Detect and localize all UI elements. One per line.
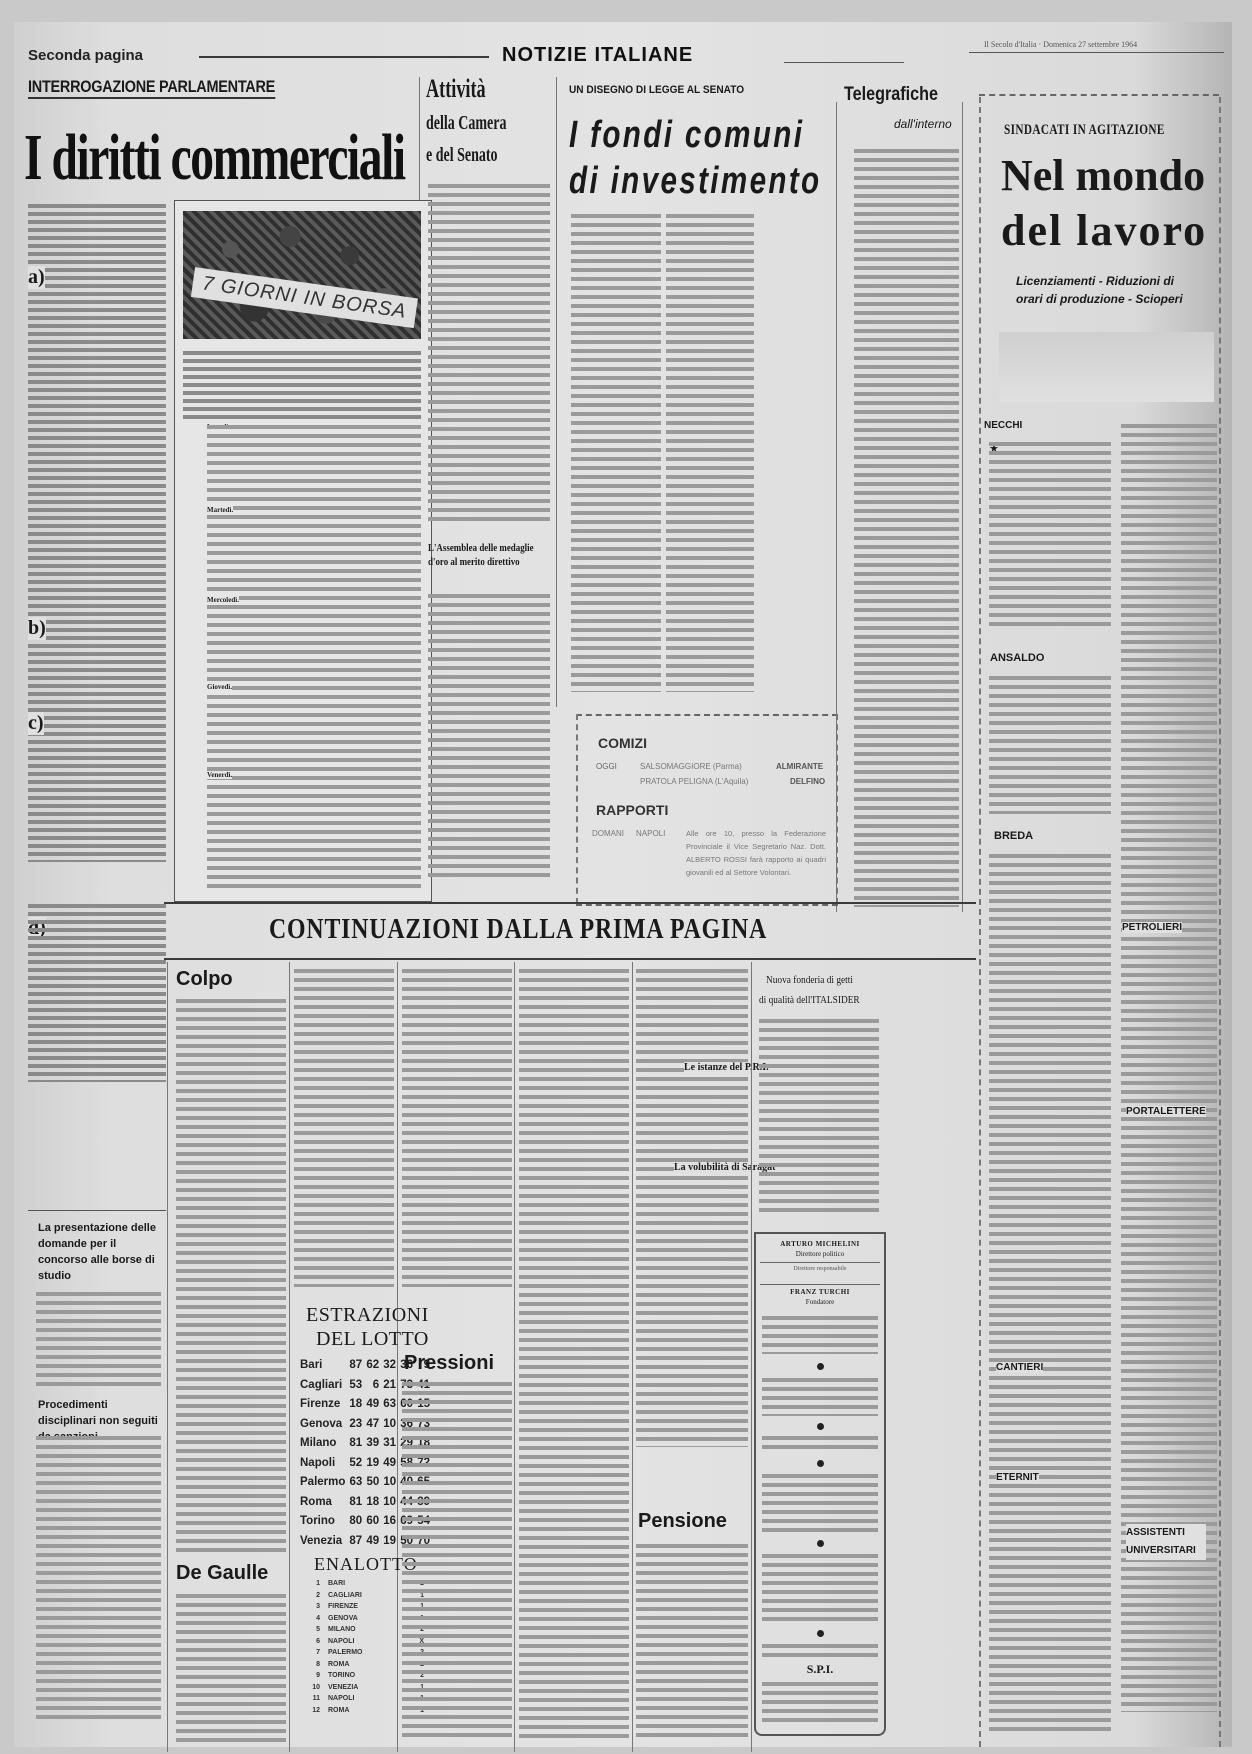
lotto-number: 18	[362, 1493, 379, 1513]
comizi-title: COMIZI	[598, 735, 647, 751]
lotto-number: 62	[362, 1356, 379, 1376]
colophon-text	[762, 1376, 878, 1416]
cont-body	[294, 967, 394, 1287]
enalotto-city: NAPOLI	[328, 1636, 412, 1648]
telegrafiche-subtitle: dall'interno	[894, 117, 952, 131]
enalotto-city: CAGLIARI	[328, 1590, 412, 1602]
cont-headline-colpo: Colpo	[176, 968, 233, 991]
lavoro-photo-strip	[999, 332, 1214, 402]
lotto-number: 10	[379, 1415, 396, 1435]
lotto-city: Roma	[300, 1493, 345, 1513]
section-ansaldo: ANSALDO	[990, 652, 1044, 664]
enalotto-n: 9	[304, 1670, 328, 1682]
continuazioni-banner: CONTINUAZIONI DALLA PRIMA PAGINA	[269, 914, 767, 946]
lotto-number: 81	[345, 1493, 362, 1513]
enalotto-n: 12	[304, 1705, 328, 1717]
lavoro-body	[989, 674, 1111, 814]
enalotto-n: 3	[304, 1601, 328, 1613]
cont-headline-pressioni: Pressioni	[404, 1352, 494, 1375]
camera-headline-3: e del Senato	[426, 144, 498, 167]
cont-body	[636, 967, 748, 1447]
day-label: Giovedì.	[207, 683, 232, 691]
rapporti-title: RAPPORTI	[596, 802, 668, 818]
colophon-text	[762, 1314, 878, 1354]
rapporti-when: DOMANI	[592, 829, 624, 838]
enalotto-city: TORINO	[328, 1670, 412, 1682]
lotto-title-1: ESTRAZIONI	[306, 1304, 429, 1327]
section-portalettere: PORTALETTERE	[1126, 1106, 1206, 1117]
section-assistenti: ASSISTENTI UNIVERSITARI	[1126, 1524, 1206, 1560]
lotto-number: 87	[345, 1532, 362, 1552]
colophon-founder: FRANZ TURCHI	[756, 1288, 884, 1296]
lotto-number: 60	[362, 1512, 379, 1532]
enalotto-city: ROMA	[328, 1705, 412, 1717]
lavoro-deck-2: orari di produzione - Scioperi	[1016, 292, 1183, 306]
section-eternit: ETERNIT	[996, 1472, 1039, 1483]
lotto-number: 18	[345, 1395, 362, 1415]
enalotto-n: 2	[304, 1590, 328, 1602]
colophon-director: ARTURO MICHELINI	[756, 1240, 884, 1248]
colophon-director-role: Direttore politico	[756, 1250, 884, 1258]
lotto-number: 23	[345, 1415, 362, 1435]
enalotto-city: ROMA	[328, 1659, 412, 1671]
colophon-founder-role: Fondatore	[756, 1298, 884, 1306]
lotto-number: 49	[362, 1532, 379, 1552]
lavoro-kicker: SINDACATI IN AGITAZIONE	[1004, 122, 1165, 139]
brief-body	[36, 1290, 161, 1390]
day-label: Venerdì.	[207, 771, 232, 779]
brief-body	[36, 1434, 161, 1724]
lotto-number: 47	[362, 1415, 379, 1435]
fondi-body-1	[571, 212, 661, 692]
photo-banner: 7 GIORNI IN BORSA	[191, 267, 418, 328]
enalotto-n: 10	[304, 1682, 328, 1694]
comizi-speaker: ALMIRANTE	[776, 762, 823, 771]
dateline: Il Secolo d'Italia · Domenica 27 settemb…	[984, 40, 1137, 49]
colophon-text	[762, 1642, 878, 1660]
lotto-number: 10	[379, 1493, 396, 1513]
telegrafiche-body	[854, 147, 959, 907]
lotto-number: 63	[379, 1395, 396, 1415]
enalotto-city: MILANO	[328, 1624, 412, 1636]
section-necchi: NECCHI	[984, 420, 1022, 431]
lavoro-body	[989, 852, 1111, 1732]
lotto-number: 52	[345, 1454, 362, 1474]
lotto-number: 19	[379, 1532, 396, 1552]
newspaper-page: Seconda pagina NOTIZIE ITALIANE Il Secol…	[14, 22, 1232, 1747]
section-breda: BREDA	[994, 830, 1033, 842]
enalotto-city: FIRENZE	[328, 1601, 412, 1613]
colophon-editor-label: Direttore responsabile	[756, 1266, 884, 1272]
article-kicker: INTERROGAZIONE PARLAMENTARE	[28, 77, 275, 99]
lavoro-body	[989, 440, 1111, 630]
lavoro-headline-2: del lavoro	[1001, 205, 1207, 257]
enalotto-n: 5	[304, 1624, 328, 1636]
colophon-text	[762, 1680, 878, 1724]
lotto-number: 39	[362, 1434, 379, 1454]
cont-subhead: Le istanze del P.R.I.	[684, 1062, 769, 1073]
colophon-text	[762, 1434, 878, 1454]
section-cantieri: CANTIERI	[996, 1362, 1043, 1373]
comizi-when: OGGI	[596, 762, 617, 771]
lotto-city: Palermo	[300, 1473, 345, 1493]
point-label: c)	[28, 712, 44, 735]
colophon-box: ARTURO MICHELINI Direttore politico Dire…	[754, 1232, 886, 1736]
fondi-headline-1: I fondi comuni	[569, 114, 804, 157]
cont-body	[176, 997, 286, 1552]
enalotto-city: GENOVA	[328, 1613, 412, 1625]
feature-box: 7 GIORNI IN BORSA Lunedì. Martedì. Merco…	[174, 200, 432, 902]
camera-body	[428, 182, 550, 522]
lavoro-headline-1: Nel mondo	[1001, 150, 1205, 202]
fondi-kicker: UN DISEGNO DI LEGGE AL SENATO	[569, 84, 744, 96]
feature-body	[207, 423, 421, 893]
lotto-city: Venezia	[300, 1532, 345, 1552]
enalotto-city: PALERMO	[328, 1647, 412, 1659]
rapporti-place: NAPOLI	[636, 829, 665, 838]
lotto-city: Torino	[300, 1512, 345, 1532]
separator-dot	[817, 1460, 824, 1467]
article-body	[28, 202, 166, 862]
lotto-number: 6	[362, 1376, 379, 1396]
lavoro-deck-1: Licenziamenti - Riduzioni di	[1016, 274, 1174, 288]
brief-headline: La presentazione delle domande per il co…	[38, 1220, 158, 1284]
enalotto-n: 8	[304, 1659, 328, 1671]
colophon-publisher: S.P.I.	[756, 1662, 884, 1677]
camera-subhead: L'Assemblea delle medaglie d'oro al meri…	[428, 542, 534, 570]
enalotto-city: NAPOLI	[328, 1693, 412, 1705]
comizi-speaker: DELFINO	[790, 777, 825, 786]
cont-body	[402, 967, 512, 1287]
point-label: b)	[28, 617, 46, 640]
lotto-number: 19	[362, 1454, 379, 1474]
lotto-number: 49	[379, 1454, 396, 1474]
rapporti-text: Alle ore 10, presso la Federazione Provi…	[686, 827, 826, 879]
lotto-city: Cagliari	[300, 1376, 345, 1396]
italsider-headline-1: Nuova fonderia di getti	[766, 974, 853, 986]
separator-dot	[817, 1363, 824, 1370]
article-body	[28, 902, 166, 1082]
lotto-city: Firenze	[300, 1395, 345, 1415]
cont-headline-degaulle: De Gaulle	[176, 1562, 268, 1585]
enalotto-city: BARI	[328, 1578, 412, 1590]
lotto-number: 49	[362, 1395, 379, 1415]
comizi-place: SALSOMAGGIORE (Parma)	[640, 762, 742, 771]
lotto-number: 81	[345, 1434, 362, 1454]
enalotto-n: 6	[304, 1636, 328, 1648]
cont-body	[402, 1380, 512, 1740]
section-title: NOTIZIE ITALIANE	[502, 44, 693, 67]
camera-body-2	[428, 592, 550, 882]
day-label: Mercoledì.	[207, 596, 239, 604]
separator-dot	[817, 1423, 824, 1430]
lotto-number: 53	[345, 1376, 362, 1396]
cont-body	[636, 1542, 748, 1742]
lotto-number: 50	[362, 1473, 379, 1493]
camera-headline-1: Attività	[426, 74, 486, 104]
lotto-number: 87	[345, 1356, 362, 1376]
fondi-headline-2: di investimento	[569, 160, 822, 203]
italsider-body	[759, 1017, 879, 1217]
colophon-text	[762, 1472, 878, 1534]
lotto-city: Napoli	[300, 1454, 345, 1474]
enalotto-n: 7	[304, 1647, 328, 1659]
separator-dot	[817, 1540, 824, 1547]
comizi-place: PRATOLA PELIGNA (L'Aquila)	[640, 777, 748, 786]
enalotto-city: VENEZIA	[328, 1682, 412, 1694]
lotto-number: 16	[379, 1512, 396, 1532]
lotto-number: 31	[379, 1434, 396, 1454]
lotto-city: Genova	[300, 1415, 345, 1435]
stock-exchange-photo: 7 GIORNI IN BORSA	[183, 211, 421, 339]
article-headline: I diritti commerciali	[24, 122, 405, 194]
camera-headline-2: della Camera	[426, 112, 506, 135]
lotto-number: 21	[379, 1376, 396, 1396]
lotto-number: 63	[345, 1473, 362, 1493]
separator-dot	[817, 1630, 824, 1637]
colophon-text	[762, 1552, 878, 1622]
lotto-title-2: DEL LOTTO	[316, 1328, 429, 1351]
day-label: Martedì.	[207, 506, 233, 514]
cont-body	[176, 1592, 286, 1742]
cont-headline-pensione: Pensione	[638, 1510, 727, 1533]
point-label: a)	[28, 266, 45, 289]
enalotto-n: 11	[304, 1693, 328, 1705]
lotto-number: 10	[379, 1473, 396, 1493]
section-label: Seconda pagina	[28, 47, 143, 64]
telegrafiche-title: Telegrafiche	[844, 84, 938, 106]
italsider-headline-2: di qualità dell'ITALSIDER	[759, 994, 860, 1006]
lotto-number: 32	[379, 1356, 396, 1376]
fondi-body-2	[666, 212, 754, 692]
cont-body	[519, 967, 629, 1742]
lotto-city: Bari	[300, 1356, 345, 1376]
lotto-number: 80	[345, 1512, 362, 1532]
feature-intro	[183, 349, 421, 419]
section-petrolieri: PETROLIERI	[1122, 922, 1182, 933]
lotto-city: Milano	[300, 1434, 345, 1454]
enalotto-n: 1	[304, 1578, 328, 1590]
enalotto-n: 4	[304, 1613, 328, 1625]
lavoro-body	[1121, 422, 1217, 1712]
